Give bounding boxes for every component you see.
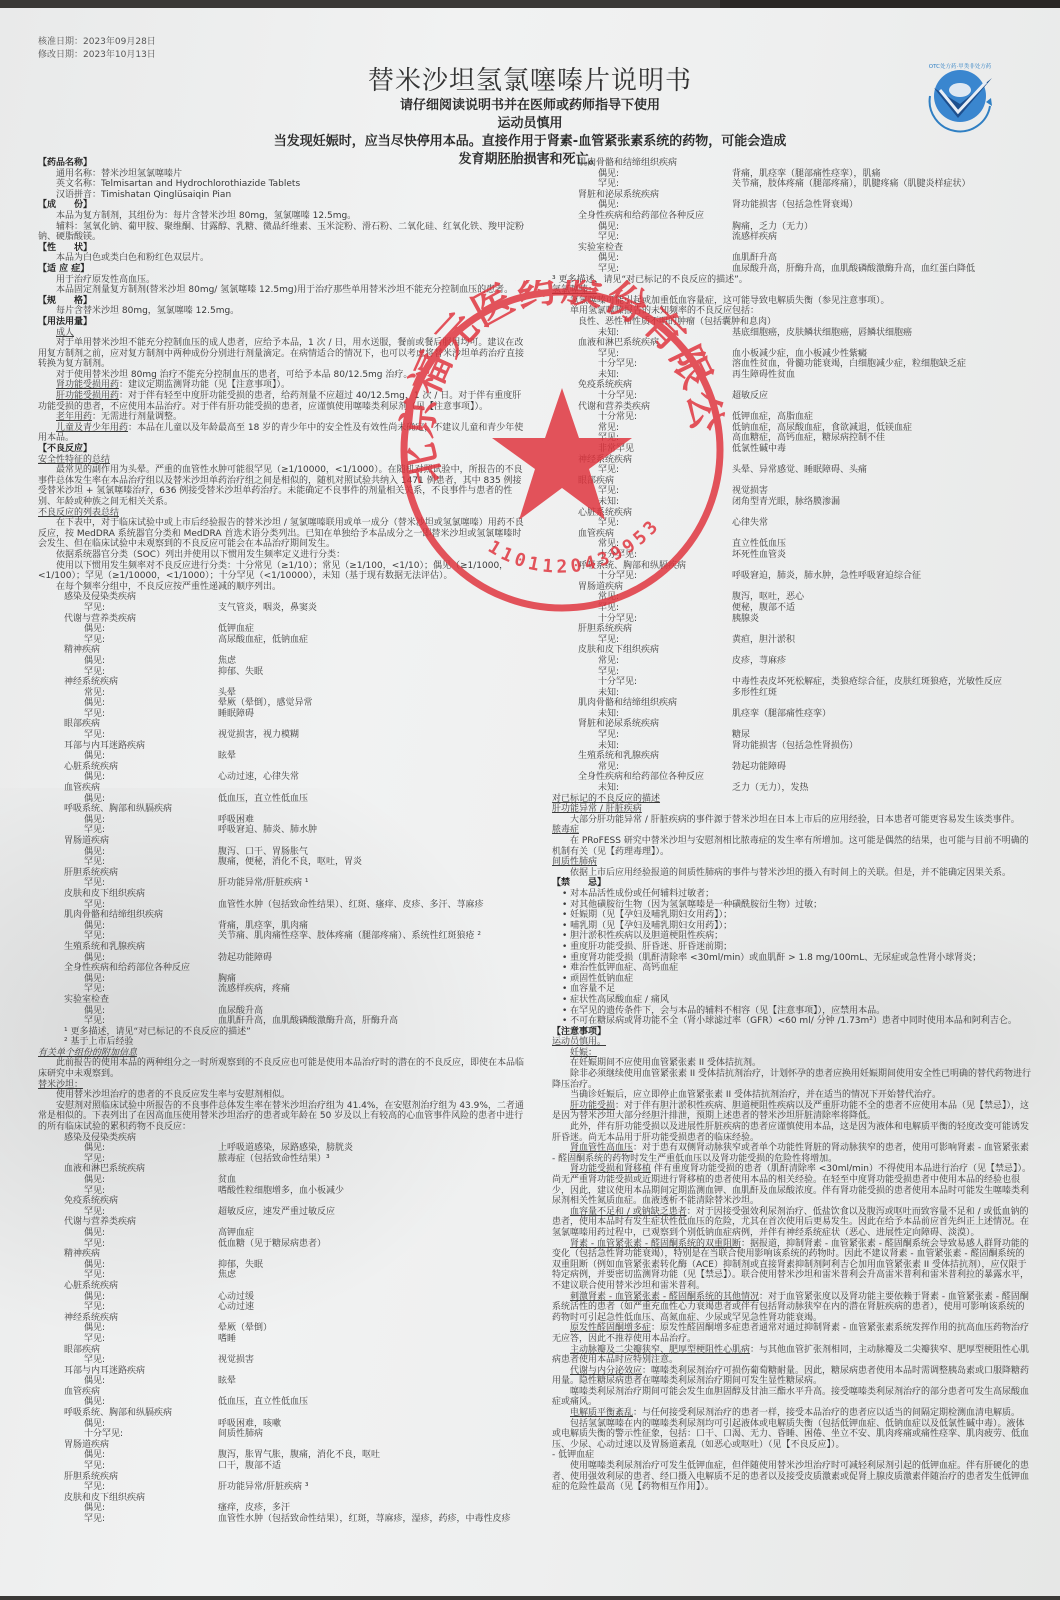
frequency-label: 常见:	[552, 656, 732, 667]
reaction-list: 头晕	[218, 688, 528, 699]
reaction-list: 血肌酐升高	[732, 253, 1032, 264]
frequency-label: 罕见:	[552, 232, 732, 243]
soc-heading: 肌肉骨骼和结缔组织疾病	[552, 158, 1032, 169]
read-instruction: 请仔细阅读说明书并在医师或药师指导下使用	[0, 94, 1060, 113]
table-row: 偶见:贫血	[38, 1175, 528, 1186]
table-row: 常见:低钠血症，高尿酸血症，食欲减退，低镁血症	[552, 423, 1032, 434]
reaction-list: 皮疹，荨麻疹	[732, 656, 1032, 667]
frequency-label: 偶见:	[38, 847, 218, 858]
table-row: 罕见:支气管炎，咽炎，鼻窦炎	[38, 603, 528, 614]
section-composition: 【成 份】	[38, 200, 528, 211]
frequency-label: 罕见:	[552, 465, 732, 476]
description-text: 本品为白色或类白色和粉红色双层片。	[38, 253, 528, 264]
section-precautions: 【注意事项】	[552, 1027, 1032, 1038]
frequency-label: 偶见:	[38, 1260, 218, 1271]
reaction-list: 嗜酸性粒细胞增多，血小板减少	[218, 1186, 528, 1197]
soc-heading: 精神疾病	[38, 645, 528, 656]
table-row: 常见:勃起功能障碍	[552, 762, 1032, 773]
reaction-list: 视觉损害	[218, 1355, 528, 1366]
frequency-label: 罕见:	[38, 984, 218, 995]
liver-text: 大部分肝功能异常 / 肝脏疾病的事件源于替米沙坦在日本上市后的应用经验，日本患者…	[552, 815, 1032, 826]
table-row: 偶见:血肌酐升高	[552, 253, 1032, 264]
frequency-label: 罕见:	[552, 730, 732, 741]
table-row: 罕见:肝功能异常/肝脏疾病 ³	[38, 1482, 528, 1493]
frequency-label: 罕见:	[38, 1016, 218, 1027]
frequency-label: 偶见:	[38, 974, 218, 985]
soc-heading: 肝胆系统疾病	[552, 624, 1032, 635]
table-row: 常见:皮疹，荨麻疹	[552, 656, 1032, 667]
soc-heading: 实验室检查	[552, 243, 1032, 254]
soc-heading: 肌肉骨骼和结缔组织疾病	[552, 698, 1032, 709]
table-row: 罕见:流感样疾病	[552, 232, 1032, 243]
dates: 核准日期：2023年09月28日 修改日期：2023年10月13日	[38, 36, 156, 62]
table-row: 罕见:流感样疾病，疼痛	[38, 984, 528, 995]
contraindication-list: 对本品活性成份或任何辅料过敏者；对其他磺胺衍生物（因为氢氯噻嗪是一种磺酰胺衍生物…	[552, 889, 1032, 1027]
reaction-list: 贫血	[218, 1175, 528, 1186]
frequency-label: 偶见:	[38, 815, 218, 826]
sepsis-text: 在 PRoFESS 研究中替米沙坦与安慰剂相比脓毒症的发生率有所增加。这可能是偶…	[552, 836, 1032, 857]
table-row: 偶见:瘙痒，皮疹，多汗	[38, 1503, 528, 1514]
table-row: 偶见:低钾血症	[38, 624, 528, 635]
reaction-list: 瘙痒，皮疹，多汗	[218, 1503, 528, 1514]
precaution-renal: 肾功能受损和肾移植 伴有重度肾功能受损的患者（肌酐清除率 <30ml/min）不…	[552, 1164, 1032, 1206]
soc-heading: 血管疾病	[38, 1387, 528, 1398]
reaction-list: 胸痛	[218, 974, 528, 985]
telmisartan-text: 使用替米沙坦治疗的患者的不良反应发生率与安慰剂相似。	[38, 1090, 528, 1101]
precaution-other-raas: 刺激肾素 - 血管紧张素 - 醛固酮系统的其他情况：对于血管紧张度以及肾功能主要…	[552, 1292, 1032, 1324]
table-row: 偶见:高钾血症	[38, 1228, 528, 1239]
soc-heading: 全身性疾病和给药部位各种反应	[552, 772, 1032, 783]
frequency-label: 十分罕见:	[552, 677, 732, 688]
reaction-list: 低氯性碱中毒	[732, 444, 1032, 455]
frequency-label: 罕见:	[38, 857, 218, 868]
table-row: 罕见:口干，腹部不适	[38, 1461, 528, 1472]
table-row: 罕见:心动过速	[38, 1302, 528, 1313]
reaction-list: 再生障碍性贫血	[732, 370, 1032, 381]
frequency-label: 罕见:	[38, 900, 218, 911]
frequency-label: 偶见:	[38, 1292, 218, 1303]
table-row: 十分罕见:溶血性贫血，骨髓功能衰竭，白细胞减少症，粒细胞缺乏症	[552, 359, 1032, 370]
reaction-list: 便秘，腹部不适	[732, 603, 1032, 614]
frequency-label: 非常罕见	[552, 444, 732, 455]
frequency-label: 偶见:	[38, 656, 218, 667]
frequency-label: 未知:	[552, 783, 732, 794]
list-item: 顽固性低钠血症	[552, 974, 1032, 985]
table-row: 十分罕见:中毒性表皮坏死松解症，类狼疮综合征，皮肤红斑狼疮，光敏性反应	[552, 677, 1032, 688]
soc-heading: 眼部疾病	[552, 476, 1032, 487]
list-item: 胆汁淤积性疾病以及胆道梗阻性疾病；	[552, 931, 1032, 942]
soc-heading: 神经系统疾病	[38, 677, 528, 688]
table-row: 罕见:低血糖（见于糖尿病患者）	[38, 1239, 528, 1250]
table-row: 偶见:低血压，直立性低血压	[38, 794, 528, 805]
soc-heading: 心脏系统疾病	[38, 1281, 528, 1292]
section-spec: 【规 格】	[38, 296, 528, 307]
reaction-list: 腹泻、口干、胃肠胀气	[218, 847, 528, 858]
frequency-label: 罕见:	[552, 433, 732, 444]
soc-heading: 胃肠道疾病	[38, 1440, 528, 1451]
reaction-list	[732, 667, 1032, 678]
liver-title: 肝功能异常 / 肝脏疾病	[552, 804, 1032, 815]
frequency-label: 十分常见:	[552, 412, 732, 423]
table-row: 偶见:肾功能损害（包括急性肾衰竭）	[552, 200, 1032, 211]
frequency-label: 偶见:	[38, 1228, 218, 1239]
reaction-list: 血尿酸升高	[218, 1006, 528, 1017]
reaction-list: 背痛，肌痉挛（腿部痛性痉挛），肌痛	[732, 169, 1032, 180]
reaction-list: 抑郁，失眠	[218, 1260, 528, 1271]
table-row: 偶见:眩晕	[38, 1376, 528, 1387]
english-name: 英文名称：Telmisartan and Hydrochlorothiazide…	[38, 179, 528, 190]
reaction-list: 血肌酐升高，血肌酸磷酸激酶升高，肝酶升高	[218, 1016, 528, 1027]
frequency-label: 常见:	[552, 592, 732, 603]
adverse-table-telmisartan-continued: 肌肉骨骼和结缔组织疾病偶见:背痛，肌痉挛（腿部痛性痉挛），肌痛罕见:关节痛，肢体…	[552, 158, 1032, 275]
excipients-text: 辅料：氢氧化钠、葡甲胺、聚维酮、甘露醇、乳糖、微晶纤维素、玉米淀粉、滑石粉、二氧…	[38, 222, 528, 243]
table-row: 十分罕见:坏死性血管炎	[552, 550, 1032, 561]
frequency-label: 偶见:	[38, 794, 218, 805]
section-dosage: 【用法用量】	[38, 317, 528, 328]
frequency-label: 罕见:	[38, 1355, 218, 1366]
frequency-label: 罕见:	[38, 730, 218, 741]
composition-text: 本品为复方制剂，其组份为：每片含替米沙坦 80mg，氢氯噻嗪 12.5mg。	[38, 211, 528, 222]
frequency-label: 十分罕见:	[552, 391, 732, 402]
soc-heading: 神经系统疾病	[38, 1313, 528, 1324]
table-row: 罕见:视觉损害，视力模糊	[38, 730, 528, 741]
frequency-label: 罕见:	[38, 667, 218, 678]
table-row: 偶见:腹泻，胀胃气胀，腹痛，消化不良，呕吐	[38, 1450, 528, 1461]
frequency-label: 未知:	[552, 328, 732, 339]
reaction-list: 流感样疾病，疼痛	[218, 984, 528, 995]
table-row: 偶见:呼吸困难	[38, 815, 528, 826]
frequency-label: 偶见:	[38, 953, 218, 964]
precaution-text: 包括氢氯噻嗪在内的噻嗪类利尿剂均可引起液体或电解质失衡（包括低钾血症、低钠血症以…	[552, 1419, 1032, 1451]
ild-text: 依据上市后应用经验报道的间质性肺病的事件与替米沙坦的摄入有时间上的关联。但是，并…	[552, 868, 1032, 879]
reaction-list: 间质性肺病	[218, 1429, 528, 1440]
frequency-label: 偶见:	[38, 1006, 218, 1017]
table-row: 偶见:晕厥（晕倒）	[38, 1323, 528, 1334]
hctz-text: 单用氢氯噻嗪报告的未知频率的不良反应包括：	[552, 306, 1032, 317]
frequency-label: 偶见:	[38, 751, 218, 762]
frequency-label: 偶见:	[38, 1376, 218, 1387]
table-row: 罕见:血管性水肿（包括致命性结果），红斑，荨麻疹，湿疹，药疹，中毒性皮疹	[38, 1514, 528, 1525]
frequency-label: 罕见:	[38, 1270, 218, 1281]
list-item: 对本品活性成份或任何辅料过敏者；	[552, 889, 1032, 900]
reaction-list: 中毒性表皮坏死松解症，类狼疮综合征，皮肤红斑狼疮，光敏性反应	[732, 677, 1032, 688]
soc-heading: 血管疾病	[552, 529, 1032, 540]
precaution-raas: 肾素 - 血管紧张素 - 醛固酮系统的双重阻断：据报道，抑制肾素 - 血管紧张素…	[552, 1239, 1032, 1292]
reaction-list: 抑郁、失眠	[218, 667, 528, 678]
table-row: 罕见:	[552, 667, 1032, 678]
section-indications: 【适 应 症】	[38, 264, 528, 275]
reaction-list: 呼吸窘迫，肺炎，肺水肿，急性呼吸窘迫综合征	[732, 571, 1032, 582]
soc-heading: 全身性疾病和给药部位各种反应	[38, 963, 528, 974]
table-row: 十分罕见:超敏反应	[552, 391, 1032, 402]
frequency-label: 偶见:	[552, 169, 732, 180]
reaction-list: 眩晕	[218, 751, 528, 762]
frequency-label: 常见:	[552, 423, 732, 434]
pregnancy-warning-1: 当发现妊娠时，应当尽快停用本品。直接作用于肾素-血管紧张素系统的药物，可能会造成	[0, 130, 1060, 149]
list-item: 症状性高尿酸血症 / 痛风	[552, 995, 1032, 1006]
frequency-label: 十分罕见:	[552, 359, 732, 370]
reaction-list: 血管性水肿（包括致命性结果），红斑，荨麻疹，湿疹，药疹，中毒性皮疹	[218, 1514, 528, 1525]
section-description: 【性 状】	[38, 243, 528, 254]
single-component-title: 有关单个组份的附加信息	[38, 1048, 528, 1059]
frequency-label: 十分罕见:	[552, 550, 732, 561]
list-text: 在每个频率分组中，不良反应按严重性递减的顺序列出。	[38, 582, 528, 593]
soc-heading: 免疫系统疾病	[38, 1196, 528, 1207]
reaction-list: 视觉损害，视力模糊	[218, 730, 528, 741]
child-dosage: 儿童及青少年用药：本品在儿童以及年龄最高至 18 岁的青少年中的安全性及有效性尚…	[38, 423, 528, 444]
soc-heading: 良性、恶性和性质不明的肿瘤（包括囊肿和息肉）	[552, 317, 1032, 328]
reaction-list: 多形性红斑	[732, 688, 1032, 699]
frequency-label: 罕见:	[38, 1239, 218, 1250]
table-row: 偶见:呼吸困难，咳嗽	[38, 1419, 528, 1430]
reaction-list: 高钾血症	[218, 1228, 528, 1239]
frequency-label: 十分罕见:	[552, 614, 732, 625]
frequency-label: 罕见:	[38, 603, 218, 614]
soc-heading: 胃肠道疾病	[38, 836, 528, 847]
soc-heading: 眼部疾病	[38, 719, 528, 730]
table-row: 未知:乏力（无力），发热	[552, 783, 1032, 794]
table-row: 偶见:腹泻、口干、胃肠胀气	[38, 847, 528, 858]
soc-heading: 耳部与内耳迷路疾病	[38, 1366, 528, 1377]
list-item: 重度肾功能受损（肌酐清除率 <30ml/min）或血肌酐 > 1.8 mg/10…	[552, 953, 1032, 964]
reaction-list: 头晕、异常感觉、睡眠障碍、头痛	[732, 465, 1032, 476]
frequency-label: 偶见:	[38, 1175, 218, 1186]
list-text: 依据系统器官分类（SOC）列出并使用以下惯用发生频率定义进行分类：	[38, 550, 528, 561]
list-item: 哺乳期（见【孕妇及哺乳期妇女用药】）；	[552, 921, 1032, 932]
frequency-label: 偶见:	[38, 1419, 218, 1430]
hctz-text: 氢氯噻嗪可能引起或加重低血容量症，这可能导致电解质失衡（参见注意事项）。	[552, 296, 1032, 307]
reaction-list: 直立性低血压	[732, 539, 1032, 550]
frequency-label: 常见:	[552, 539, 732, 550]
reaction-list: 黄疸，胆汁淤积	[732, 635, 1032, 646]
sepsis-title: 脓毒症	[552, 825, 1032, 836]
reaction-list: 焦虑	[218, 1270, 528, 1281]
frequency-label: 罕见:	[552, 635, 732, 646]
table-row: 罕见:抑郁、失眠	[38, 667, 528, 678]
frequency-label: 偶见:	[38, 1503, 218, 1514]
frequency-label: 偶见:	[552, 200, 732, 211]
soc-heading: 代谢与营养类疾病	[38, 614, 528, 625]
table-row: 十分罕见:胰腺炎	[552, 614, 1032, 625]
reaction-list: 超敏反应	[732, 391, 1032, 402]
table-row: 罕见:血尿酸升高，肝酶升高，血肌酸磷酸激酶升高，血红蛋白降低	[552, 264, 1032, 275]
list-title: 不良反应的列表总结	[38, 508, 528, 519]
reaction-list: 溶血性贫血，骨髓功能衰竭，白细胞减少症，粒细胞缺乏症	[732, 359, 1032, 370]
table-row: 罕见:焦虑	[38, 1270, 528, 1281]
reaction-list: 高尿酸血症，低钠血症	[218, 635, 528, 646]
reaction-list: 关节痛、肌肉痛性痉挛、肢体疼痛（腿部疼痛）、系统性红斑狼疮 ²	[218, 931, 528, 942]
soc-heading: 呼吸系统、胸部和纵膈疾病	[38, 804, 528, 815]
list-item: 妊娠期（见【孕妇及哺乳期妇女用药】）；	[552, 910, 1032, 921]
approval-date: 核准日期：2023年09月28日	[38, 36, 156, 49]
adverse-table-hctz: 良性、恶性和性质不明的肿瘤（包括囊肿和息肉）未知:基底细胞癌，皮肤鳞状细胞癌，唇…	[552, 317, 1032, 794]
soc-heading: 肾脏和泌尿系统疾病	[552, 190, 1032, 201]
table-row: 罕见:心律失常	[552, 518, 1032, 529]
hepatic-dosage: 肝功能受损用药：对于伴有轻至中度肝功能受损的患者，给药剂量不应超过 40/12.…	[38, 391, 528, 412]
generic-name: 通用名称：替米沙坦氢氯噻嗪片	[38, 169, 528, 180]
left-column: 【药品名称】 通用名称：替米沙坦氢氯噻嗪片 英文名称：Telmisartan a…	[38, 158, 528, 1525]
table-row: 偶见:上呼吸道感染，尿路感染，膀胱炎	[38, 1143, 528, 1154]
soc-heading: 呼吸系统、胸部和纵膈疾病	[38, 1408, 528, 1419]
soc-heading: 肝胆系统疾病	[38, 868, 528, 879]
frequency-label: 偶见:	[38, 921, 218, 932]
reaction-list: 腹痛，便秘，消化不良，呕吐，胃炎	[218, 857, 528, 868]
list-item: 不可在糖尿病或肾功能不全（肾小球滤过率（GFR）<60 ml/ 分钟 /1.73…	[552, 1016, 1032, 1027]
safety-text: 最常见的副作用为头晕。严重的血管性水肿可能很罕见（≥1/10000，<1/100…	[38, 465, 528, 507]
table-row: 未知:再生障碍性贫血	[552, 370, 1032, 381]
list-text: 在下表中，对于临床试验中或上市后经验报告的替米沙坦 / 氢氯噻嗪联用或单一成分（…	[38, 518, 528, 550]
table-row: 常见:直立性低血压	[552, 539, 1032, 550]
reaction-list: 睡眠障碍	[218, 709, 528, 720]
hypokalemia-title: - 低钾血症	[552, 1450, 1032, 1461]
checkmark-cloud-logo-icon: OTC处方药·甲类非处方药	[920, 56, 1000, 134]
pregnancy-title: 妊娠：	[570, 1048, 597, 1058]
reaction-list: 晕厥（晕倒）	[218, 1323, 528, 1334]
frequency-label: 罕见:	[38, 1461, 218, 1472]
precaution-hepatic: 肝功能受损：对于伴有胆汁淤积性疾病、胆道梗阻性疾病以及严重肝功能不全的患者不应使…	[552, 1101, 1032, 1122]
list-item: 在罕见的遗传条件下，会与本品的辅料不相容（见【注意事项】），应禁用本品。	[552, 1006, 1032, 1017]
precaution-metabolic: 代谢与内分泌效应：噻嗪类利尿剂治疗可损伤葡萄糖耐量。因此，糖尿病患者使用本品时需…	[552, 1366, 1032, 1387]
list-item: 血容量不足	[552, 984, 1032, 995]
reaction-list: 视觉损害	[732, 486, 1032, 497]
table-row: 罕见:视觉损害	[552, 486, 1032, 497]
footnote: ² 基于上市后经验	[38, 1037, 528, 1048]
soc-heading: 肌肉骨骼和结缔组织疾病	[38, 910, 528, 921]
frequency-label: 未知:	[552, 370, 732, 381]
soc-heading: 心脏系统疾病	[38, 762, 528, 773]
precaution-text: 在妊娠期间不应使用血管紧张素 II 受体拮抗剂。	[552, 1058, 1032, 1069]
precaution-aldosteronism: 原发性醛固酮增多症：原发性醛固酮增多症患者通常对通过抑制肾素 - 血管紧张素系统…	[552, 1323, 1032, 1344]
right-column: 肌肉骨骼和结缔组织疾病偶见:背痛，肌痉挛（腿部痛性痉挛），肌痛罕见:关节痛，肢体…	[552, 158, 1032, 1493]
reaction-list: 超敏反应，速发严重过敏反应	[218, 1207, 528, 1218]
soc-heading: 精神疾病	[38, 1249, 528, 1260]
precaution-text: 除非必须继续使用血管紧张素 II 受体拮抗剂治疗，计划怀孕的患者应换用妊娠期间使…	[552, 1069, 1032, 1090]
dosage-text: 对于单用替米沙坦不能充分控制血压的成人患者，应给予本品，1 次 / 日，用水送服…	[38, 338, 528, 370]
reaction-list: 关节痛，肢体疼痛（腿部疼痛），肌腱疼痛（肌腱炎样症状）	[732, 179, 1032, 190]
reaction-list: 肝功能异常/肝脏疾病 ¹	[218, 878, 528, 889]
precaution-volume: 血容量不足和 / 或钠缺乏患者：对于因接受强效利尿剂治疗、低盐饮食以及腹泻或呕吐…	[552, 1207, 1032, 1239]
soc-heading: 呼吸系统、胸部和纵膈疾病	[552, 561, 1032, 572]
adverse-table-telmisartan: 感染及侵染类疾病偶见:上呼吸道感染，尿路感染，膀胱炎罕见:脓毒症（包括致命性结果…	[38, 1133, 528, 1525]
table-row: 偶见:晕厥（晕倒），感觉异常	[38, 698, 528, 709]
soc-heading: 生殖系统和乳腺疾病	[38, 942, 528, 953]
table-row: 常见:腹泻，呕吐，恶心	[552, 592, 1032, 603]
table-row: 罕见:超敏反应，速发严重过敏反应	[38, 1207, 528, 1218]
reaction-list: 血管性水肿（包括致命性结果）、红斑、瘙痒、皮疹、多汗、荨麻疹	[218, 900, 528, 911]
reaction-list: 低钾血症	[218, 624, 528, 635]
frequency-label: 未知:	[552, 497, 732, 508]
frequency-label: 偶见:	[38, 1143, 218, 1154]
section-drug-name: 【药品名称】	[38, 158, 528, 169]
table-row: 罕见:黄疸，胆汁淤积	[552, 635, 1032, 646]
reaction-list: 嗜睡	[218, 1334, 528, 1345]
precaution-text: 噻嗪类利尿剂治疗期间可能会发生血胆固醇及甘油三酯水平升高。接受噻嗪类利尿剂治疗的…	[552, 1387, 1032, 1408]
table-row: 罕见:呼吸窘迫、肺炎、肺水肿	[38, 825, 528, 836]
reaction-list: 高血糖症，高钙血症，糖尿病控制不佳	[732, 433, 1032, 444]
frequency-label: 罕见:	[38, 1514, 218, 1525]
table-row: 偶见:心动过速，心律失常	[38, 772, 528, 783]
frequency-label: 罕见:	[38, 709, 218, 720]
leaflet-page: 核准日期：2023年09月28日 修改日期：2023年10月13日 替米沙坦氢氯…	[0, 8, 1060, 1596]
reaction-list: 肾功能损害（包括急性肾衰竭）	[732, 200, 1032, 211]
adverse-table-combination: 感染及侵染类疾病罕见:支气管炎，咽炎，鼻窦炎代谢与营养类疾病偶见:低钾血症罕见:…	[38, 592, 528, 1026]
table-row: 未知:肾功能损害（包括急性肾损伤）	[552, 741, 1032, 752]
table-row: 罕见:关节痛、肌肉痛性痉挛、肢体疼痛（腿部疼痛）、系统性红斑狼疮 ²	[38, 931, 528, 942]
indication-text: 用于治疗原发性高血压。	[38, 275, 528, 286]
renal-dosage: 肾功能受损用药：建议定期监测肾功能（见【注意事项】）。	[38, 380, 528, 391]
soc-heading: 肝胆系统疾病	[38, 1472, 528, 1483]
reaction-list: 勃起功能障碍	[218, 953, 528, 964]
frequency-label: 罕见:	[552, 179, 732, 190]
marked-reactions-title: 对已标记的不良反应的描述	[552, 794, 1032, 805]
reaction-list: 上呼吸道感染，尿路感染，膀胱炎	[218, 1143, 528, 1154]
reaction-list: 低血压，直立性低血压	[218, 1397, 528, 1408]
pinyin-name: 汉语拼音：Timishatan Qinglüsaiqin Pian	[38, 190, 528, 201]
soc-heading: 血管疾病	[38, 783, 528, 794]
soc-heading: 皮肤和皮下组织疾病	[552, 645, 1032, 656]
soc-heading: 感染及侵染类疾病	[38, 592, 528, 603]
frequency-label: 偶见:	[552, 222, 732, 233]
frequency-label: 罕见:	[38, 635, 218, 646]
frequency-label: 罕见:	[38, 1302, 218, 1313]
table-row: 偶见:胸痛，乏力（无力）	[552, 222, 1032, 233]
reaction-list: 支气管炎，咽炎，鼻窦炎	[218, 603, 528, 614]
table-row: 罕见:糖尿	[552, 730, 1032, 741]
precaution-renovascular: 肾血管性高血压：对于患有双侧肾动脉狭窄或者单个功能性肾脏的肾动脉狭窄的患者，使用…	[552, 1143, 1032, 1164]
frequency-label: 罕见:	[552, 486, 732, 497]
reaction-list: 低血压，直立性低血压	[218, 794, 528, 805]
reaction-list: 晕厥（晕倒），感觉异常	[218, 698, 528, 709]
soc-heading: 胃肠道疾病	[552, 582, 1032, 593]
soc-heading: 代谢和营养类疾病	[552, 402, 1032, 413]
reaction-list: 血尿酸升高，肝酶升高，血肌酸磷酸激酶升高，血红蛋白降低	[732, 264, 1032, 275]
table-row: 罕见:腹痛，便秘，消化不良，呕吐，胃炎	[38, 857, 528, 868]
precaution-text: 当确诊妊娠后，应立即停止血管紧张素 II 受体拮抗剂治疗，并在适当的情况下开始替…	[552, 1090, 1032, 1101]
reaction-list: 心律失常	[732, 518, 1032, 529]
safety-title: 安全性特征的总结	[38, 455, 528, 466]
reaction-list: 流感样疾病	[732, 232, 1032, 243]
table-row: 十分常见:低钾血症，高脂血症	[552, 412, 1032, 423]
spec-text: 每片含替米沙坦 80mg，氢氯噻嗪 12.5mg。	[38, 306, 528, 317]
soc-heading: 皮肤和皮下组织疾病	[38, 1493, 528, 1504]
soc-heading: 眼部疾病	[38, 1345, 528, 1356]
adult-label: 成人	[56, 328, 74, 338]
frequency-label: 偶见:	[38, 772, 218, 783]
soc-heading: 耳部与内耳迷路疾病	[38, 741, 528, 752]
reaction-list: 呼吸窘迫、肺炎、肺水肿	[218, 825, 528, 836]
precaution-text: 使用噻嗪类利尿剂治疗可发生低钾血症，但伴随使用替米沙坦治疗时可减轻利尿剂引起的低…	[552, 1461, 1032, 1493]
frequency-label: 偶见:	[38, 1397, 218, 1408]
reaction-list: 口干，腹部不适	[218, 1461, 528, 1472]
section-contraindications: 【禁 忌】	[552, 878, 1032, 889]
footnote: ¹ 更多描述，请见“对已标记的不良反应的描述”	[38, 1027, 528, 1038]
table-row: 偶见:心动过缓	[38, 1292, 528, 1303]
section-adverse: 【不良反应】	[38, 444, 528, 455]
table-row: 未知:闭角型青光眼，脉络膜渗漏	[552, 497, 1032, 508]
frequency-label: 罕见:	[38, 825, 218, 836]
reaction-list: 肾功能损害（包括急性肾损伤）	[732, 741, 1032, 752]
reaction-list: 坏死性血管炎	[732, 550, 1032, 561]
table-row: 偶见:眩晕	[38, 751, 528, 762]
table-row: 罕见:肝功能异常/肝脏疾病 ¹	[38, 878, 528, 889]
table-row: 罕见:血肌酐升高，血肌酸磷酸激酶升高，肝酶升高	[38, 1016, 528, 1027]
table-row: 偶见:勃起功能障碍	[38, 953, 528, 964]
frequency-label: 常见:	[38, 688, 218, 699]
elderly-dosage: 老年用药：无需进行剂量调整。	[38, 412, 528, 423]
reaction-list: 乏力（无力），发热	[732, 783, 1032, 794]
table-row: 十分罕见:呼吸窘迫，肺炎，肺水肿，急性呼吸窘迫综合征	[552, 571, 1032, 582]
frequency-label: 罕见:	[552, 264, 732, 275]
